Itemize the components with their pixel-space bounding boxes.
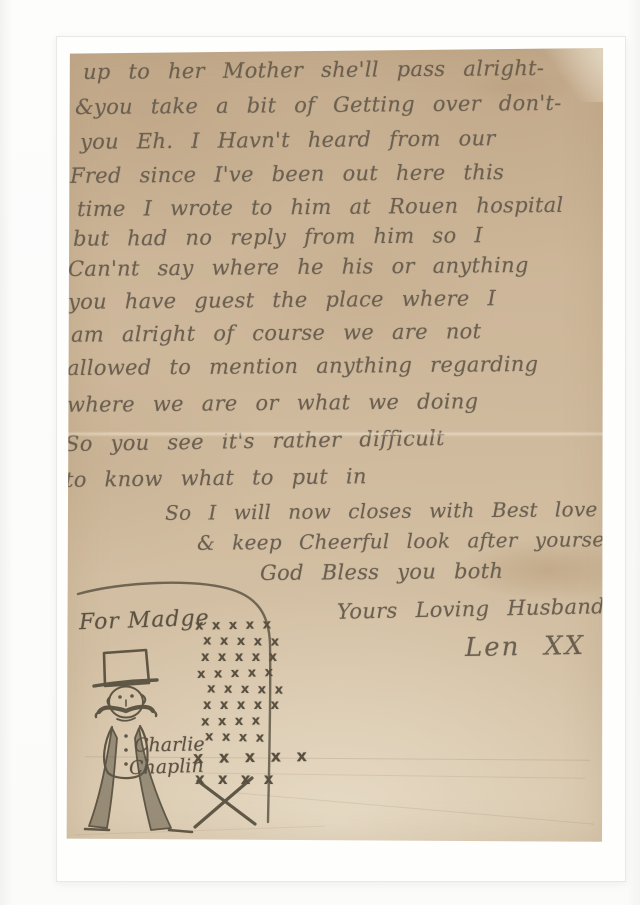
kiss-row: x x x x x [201, 650, 279, 665]
letter-line: So you see it's rather difficult [65, 426, 445, 456]
letter-line: where we are or what we doing [67, 389, 479, 417]
letter-valediction: Yours Loving Husband [337, 594, 605, 624]
kiss-row: x x x x x [195, 617, 273, 633]
button [124, 734, 128, 738]
kiss-row: x x x x x [203, 698, 281, 713]
mustache-curl-left [96, 712, 99, 717]
letter-line: to know what to put in [65, 464, 367, 492]
kiss-row: x x x x [195, 770, 277, 788]
mustache [99, 707, 153, 712]
right-eye [130, 694, 134, 698]
letter-line: time I wrote to him at Rouen hospital [77, 193, 564, 221]
letter-line: allowed to mention anything regarding [67, 352, 539, 380]
right-foot [169, 830, 192, 832]
letter-line: but had no reply from him so I [73, 223, 483, 251]
left-eye [118, 695, 122, 699]
kiss-row: x x x x x [207, 681, 285, 697]
madge-dedication: For Madge [79, 606, 210, 636]
letter-line: you have guest the place where I [68, 286, 496, 314]
letter-closing-line: & keep Cheerful look after yourself [197, 528, 619, 555]
letter-line: &you take a bit of Getting over don't- [75, 91, 562, 119]
kiss-row: x x x x x [203, 633, 281, 649]
kiss-row: x x x x [201, 713, 262, 729]
button [124, 748, 128, 752]
letter-line: Fred since I've been out here this [70, 160, 504, 188]
letter-line: am alright of course we are not [71, 319, 481, 347]
kiss-row: x x x x [205, 729, 266, 746]
mustache-curl-right [153, 711, 156, 716]
letter-signature: Len XX [465, 632, 586, 664]
left-foot [85, 829, 109, 830]
letter-closing-line: So I will now closes with Best love [165, 498, 598, 525]
letter-line: Can'nt say where he his or anything [68, 253, 529, 281]
scanned-letter-photo: up to her Mother she'll pass alright- &y… [0, 0, 640, 905]
kiss-row: x x x x x [193, 746, 312, 767]
button [124, 762, 128, 766]
letter-paper: up to her Mother she'll pass alright- &y… [65, 48, 608, 845]
kiss-row: x x x x x [197, 665, 275, 682]
letter-line: you Eh. I Havn't heard from our [80, 126, 496, 154]
left-trouser [89, 728, 117, 828]
letter-line: up to her Mother she'll pass alright- [83, 56, 544, 84]
